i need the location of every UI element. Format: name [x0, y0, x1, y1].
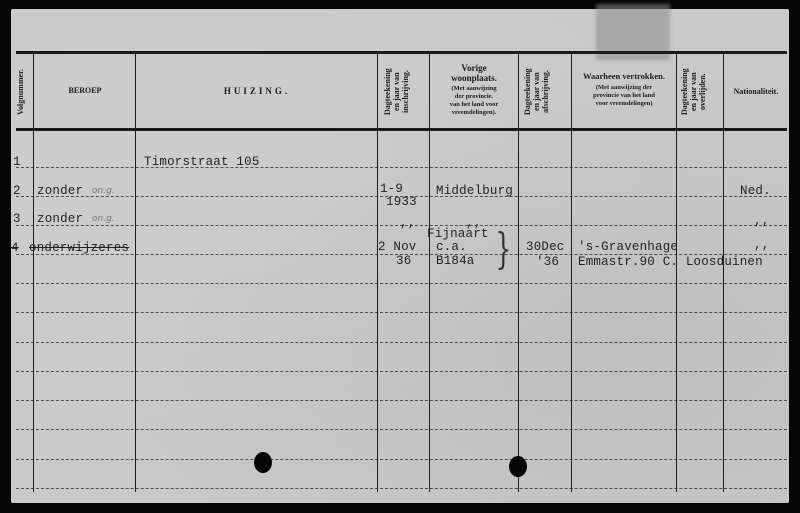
header-afschrijving: Dagteekening en jaar van afschrijving.: [523, 58, 565, 126]
row-4-waarheen: 's-Gravenhage: [578, 240, 678, 254]
header-huizing: HUIZING.: [138, 86, 376, 96]
row-2-inschrijving: 1-9: [380, 182, 403, 196]
column-divider: [33, 54, 34, 492]
punch-hole: [509, 456, 527, 477]
row-line: [16, 167, 787, 168]
header-inschrijving: Dagteekening en jaar van inschrijving.: [383, 58, 425, 126]
header-overlijden: Dagteekening en jaar van overlijden.: [680, 58, 720, 126]
header-bottom-rule: [16, 128, 787, 131]
row-line: [16, 283, 787, 284]
row-line: [16, 488, 787, 489]
row-1-huizing: Timorstraat 105: [144, 155, 260, 169]
row-4-vorige-woonplaats-2: c.a.: [436, 240, 467, 254]
row-line: [16, 400, 787, 401]
row-3-inschrijving-ditto: ,,: [400, 216, 415, 230]
row-line: [16, 371, 787, 372]
column-divider: [571, 54, 572, 492]
header-beroep: BEROEP: [36, 86, 134, 95]
column-divider: [135, 54, 136, 492]
header-nationaliteit: Nationaliteit.: [724, 87, 788, 96]
row-2-vorige-woonplaats: Middelburg: [436, 184, 513, 198]
row-4-afschrijving-year: '36: [536, 255, 559, 269]
row-4-inschrijving-year: 36: [396, 254, 411, 268]
column-divider: [377, 54, 378, 492]
row-4-vorige-woonplaats: Fijnaart: [427, 227, 489, 241]
row-line: [16, 342, 787, 343]
row-3-number: 3: [13, 212, 21, 226]
row-4-vorige-woonplaats-3: B184a: [436, 254, 475, 268]
row-2-nationaliteit: Ned.: [740, 184, 771, 198]
column-divider: [429, 54, 430, 492]
row-3-beroep: zonder: [37, 212, 83, 226]
row-1-number: 1: [13, 155, 21, 169]
column-divider: [518, 54, 519, 492]
row-4-inschrijving: 2 Nov: [378, 240, 417, 254]
row-2-inschrijving-year: 1933: [386, 195, 417, 209]
row-4-nationaliteit-ditto: ,,: [754, 238, 769, 252]
header-waarheen: Waarheen vertrokken. (Met aanwijzing der…: [573, 71, 675, 108]
row-3-nationaliteit-ditto: ,,: [754, 214, 769, 228]
row-3-pencil-note: on.g.: [92, 214, 115, 224]
row-2-beroep: zonder: [37, 184, 83, 198]
header-volgnummer: Volgnummer.: [16, 58, 30, 126]
grouping-brace: }: [495, 228, 511, 270]
header-top-rule: [16, 51, 787, 54]
row-line: [16, 459, 787, 460]
row-4-afschrijving: 30Dec: [526, 240, 565, 254]
column-divider: [676, 54, 677, 492]
row-2-number: 2: [13, 184, 21, 198]
row-4-beroep: onderwijzeres: [29, 241, 129, 255]
row-line: [16, 429, 787, 430]
row-4-number: 4: [11, 241, 19, 255]
punch-hole: [254, 452, 272, 473]
row-4-waarheen-address: Emmastr.90 C. Loosduinen: [578, 255, 763, 269]
row-2-pencil-note: on.g.: [92, 186, 115, 196]
header-vorige-woonplaats: Vorige woonplaats. (Met aanwijzing der p…: [431, 63, 517, 117]
row-line: [16, 312, 787, 313]
column-divider: [723, 54, 724, 492]
